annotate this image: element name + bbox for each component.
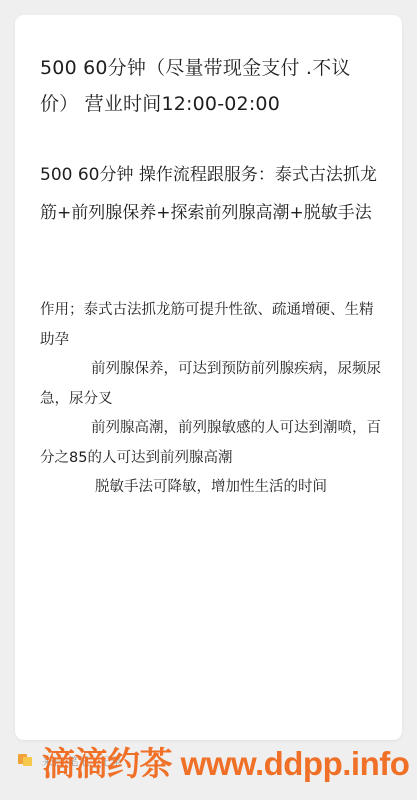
service-description: 500 60分钟 操作流程跟服务：泰式古法抓龙筋+前列腺保养+探索前列腺高潮+脱…: [40, 156, 385, 232]
note-app-icon: [18, 754, 32, 766]
effect-desensitize: 脱敏手法可降敏，增加性生活的时间: [40, 473, 385, 503]
effect-prostate-care: 前列腺保养，可达到预防前列腺疾病，尿频尿急，尿分叉: [40, 355, 385, 414]
effects-section: 作用；泰式古法抓龙筋可提升性欲、疏通增硬、生精助孕 前列腺保养，可达到预防前列腺…: [40, 296, 385, 503]
watermark-text: 滴滴约茶 www.ddpp.info: [42, 742, 409, 786]
effect-prostate-climax: 前列腺高潮，前列腺敏感的人可达到潮喷，百分之85的人可达到前列腺高潮: [40, 414, 385, 473]
effect-dragon-tendon: 作用；泰式古法抓龙筋可提升性欲、疏通增硬、生精助孕: [40, 296, 385, 355]
post-title: 500 60分钟（尽量带现金支付 .不议价） 营业时间12:00-02:00: [40, 50, 380, 122]
footer: 来自 笔记 · 记录 滴滴约茶 www.ddpp.info: [16, 748, 416, 788]
